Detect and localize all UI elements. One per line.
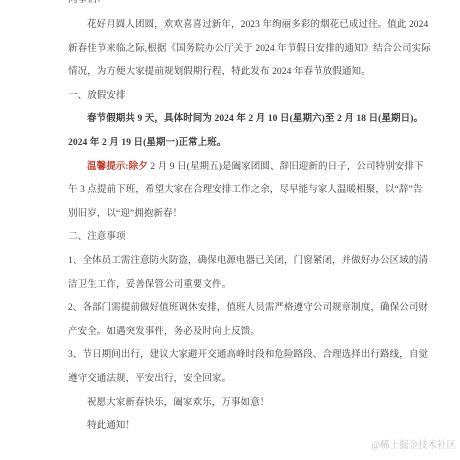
note-item-2-line: 产安全。如遇突发事件，务必及时向上反馈。 [68, 327, 260, 338]
notice-document: 同事们： 花好月圆人团圆，欢欢喜喜过新年，2023 年绚丽多彩的烟花已成过往。值… [0, 0, 460, 460]
salutation-line-clipped: 同事们： [68, 0, 106, 6]
blessing-line: 祝愿大家新春快乐，阖家欢乐，万事如意！ [87, 398, 269, 409]
note-item-2-line: 2、各部门需提前做好值班调休安排，值班人员需严格遵守公司规章制度，确保公司财 [68, 303, 428, 314]
section-heading-notes: 二、注意事项 [68, 232, 126, 243]
intro-paragraph-line: 新春佳节来临之际,根据《国务院办公厅关于 2024 年节假日安排的通知》结合公司… [68, 44, 431, 55]
warm-tip-line: 午 3 点提前下班，希望大家在合理安排工作之余，尽早能与家人温暖相聚，以“辞”告 [68, 185, 422, 196]
juejin-watermark: @稀土掘金技术社区 [371, 441, 456, 452]
warm-tip-line: 别旧岁，以“迎”拥抱新春！ [68, 209, 182, 220]
intro-paragraph-line: 情况，为方便大家提前规划假期行程，特此发布 2024 年春节放假通知。 [68, 67, 371, 78]
note-item-1-line: 1、全体员工需注意防火防盗，确保电源电器已关闭，门窗紧闭，并做好办公区域的清 [68, 256, 428, 267]
note-item-1-line: 洁卫生工作，妥善保管公司重要文件。 [68, 280, 231, 291]
closing-line: 特此通知！ [87, 421, 135, 432]
note-item-3-line: 遵守交通法规，平安出行，安全回家。 [68, 374, 231, 385]
section-heading-holiday-arrangement: 一、放假安排 [68, 91, 126, 102]
back-to-work-line: 2024 年 2 月 19 日(星期一)正常上班。 [68, 138, 226, 149]
warm-tip-highlight: 温馨提示:除夕 [87, 162, 148, 172]
intro-paragraph-line: 花好月圆人团圆，欢欢喜喜过新年，2023 年绚丽多彩的烟花已成过往。值此 202… [87, 20, 428, 31]
warm-tip-line: 温馨提示:除夕 2 月 9 日(星期五)是阖家团圆、辞旧迎新的日子，公司特别安排… [87, 162, 424, 173]
holiday-dates-line: 春节假期共 9 天，具体时间为 2024 年 2 月 10 日(星期六)至 2 … [87, 114, 423, 125]
note-item-3-line: 3、节日期间出行，建议大家避开交通高峰时段和危险路段、合理选择出行路线，自觉 [68, 350, 428, 361]
warm-tip-text: 2 月 9 日(星期五)是阖家团圆、辞旧迎新的日子，公司特别安排下 [148, 162, 424, 172]
